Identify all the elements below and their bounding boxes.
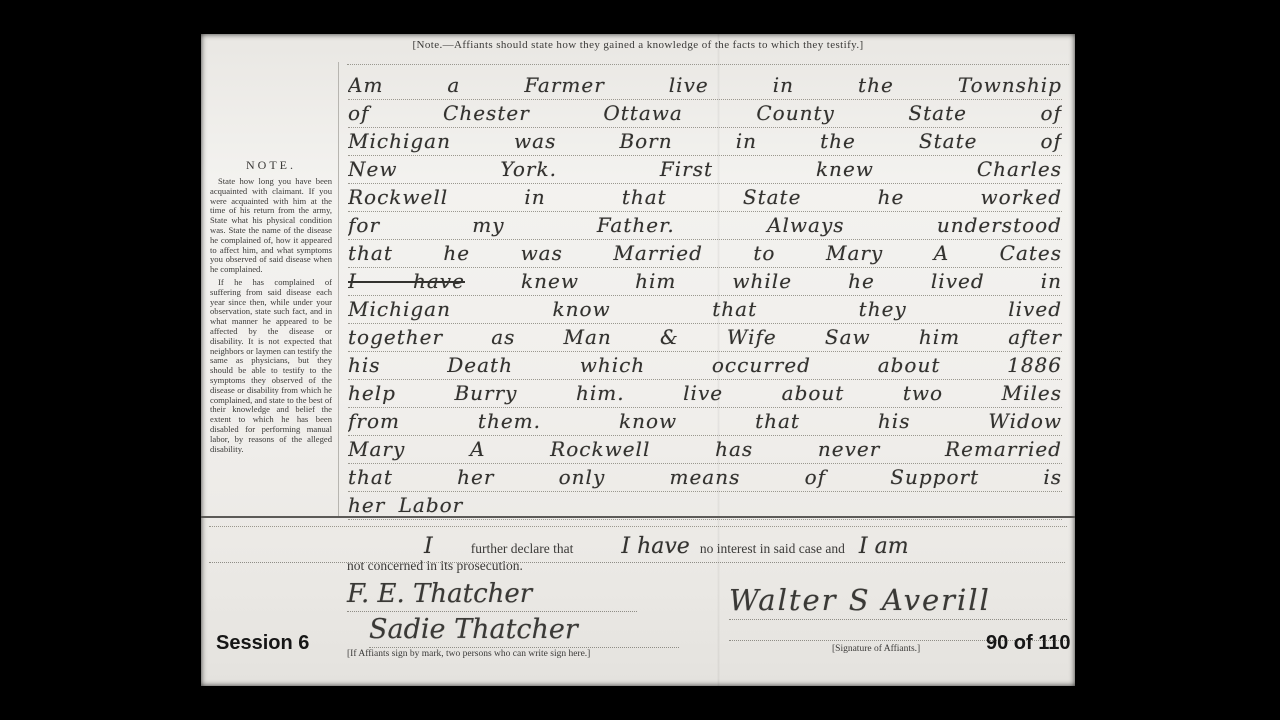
handwriting-line: Am a Farmer live in the Township [348,72,1062,100]
handwriting-line: Michigan know that they lived [348,296,1062,324]
handwriting-line: that he was Married to Mary A Cates [348,240,1062,268]
video-frame: { "overlay": { "session_label": "Session… [0,0,1280,720]
witness-signature-2: Sadie Thatcher [369,613,679,648]
handwriting-line: Rockwell in that State he worked [348,184,1062,212]
sidebar-note: NOTE. State how long you have been acqua… [210,158,332,457]
affiant-signature-caption: [Signature of Affiants.] [832,644,920,654]
declaration-line: Ifurther declare thatI haveno interest i… [209,532,1065,563]
handwritten-i: I [424,534,433,559]
witness-signature-1: F. E. Thatcher [347,578,637,612]
session-label: Session 6 [216,632,309,655]
column-separator-line [338,62,339,518]
printed-no-interest: no interest in said case and [700,541,845,556]
section-divider-line [201,516,1075,518]
sidebar-note-heading: NOTE. [210,158,332,173]
witness-signature-caption: [If Affiants sign by mark, two persons w… [347,649,590,659]
top-instruction-note: [Note.—Affiants should state how they ga… [201,39,1075,51]
handwritten-i-am: I am [859,534,909,559]
top-dotted-rule [347,64,1069,65]
handwriting-line: of Chester Ottawa County State of [348,100,1062,128]
page-indicator: 90 of 110 [986,632,1071,655]
handwritten-testimony: Am a Farmer live in the Township of Ches… [348,72,1062,520]
handwriting-line: help Burry him. live about two Miles [348,380,1062,408]
handwriting-line: together as Man & Wife Saw him after [348,324,1062,352]
printed-further-declare: further declare that [471,541,574,556]
handwriting-line-rest: knew him while he lived in [521,269,1062,293]
full-width-dotted-rule [209,526,1067,527]
handwriting-line: that her only means of Support is [348,464,1062,492]
sidebar-note-paragraph-1: State how long you have been acquainted … [210,177,332,275]
handwriting-line: New York. First knew Charles [348,156,1062,184]
handwriting-line: from them. know that his Widow [348,408,1062,436]
affiant-signature: Walter S Averill [729,582,1067,620]
handwriting-line-with-strikethrough: I have knew him while he lived in [348,268,1062,296]
handwriting-line: for my Father. Always understood [348,212,1062,240]
sidebar-note-paragraph-2: If he has complained of suffering from s… [210,278,332,454]
handwriting-line: his Death which occurred about 1886 [348,352,1062,380]
handwritten-i-have: I have [621,534,689,559]
handwriting-line: Michigan was Born in the State of [348,128,1062,156]
printed-not-concerned: not concerned in its prosecution. [347,558,523,574]
handwriting-line: Mary A Rockwell has never Remarried [348,436,1062,464]
struck-out-words: I have [348,269,465,293]
affidavit-document-page: [Note.—Affiants should state how they ga… [201,34,1075,686]
